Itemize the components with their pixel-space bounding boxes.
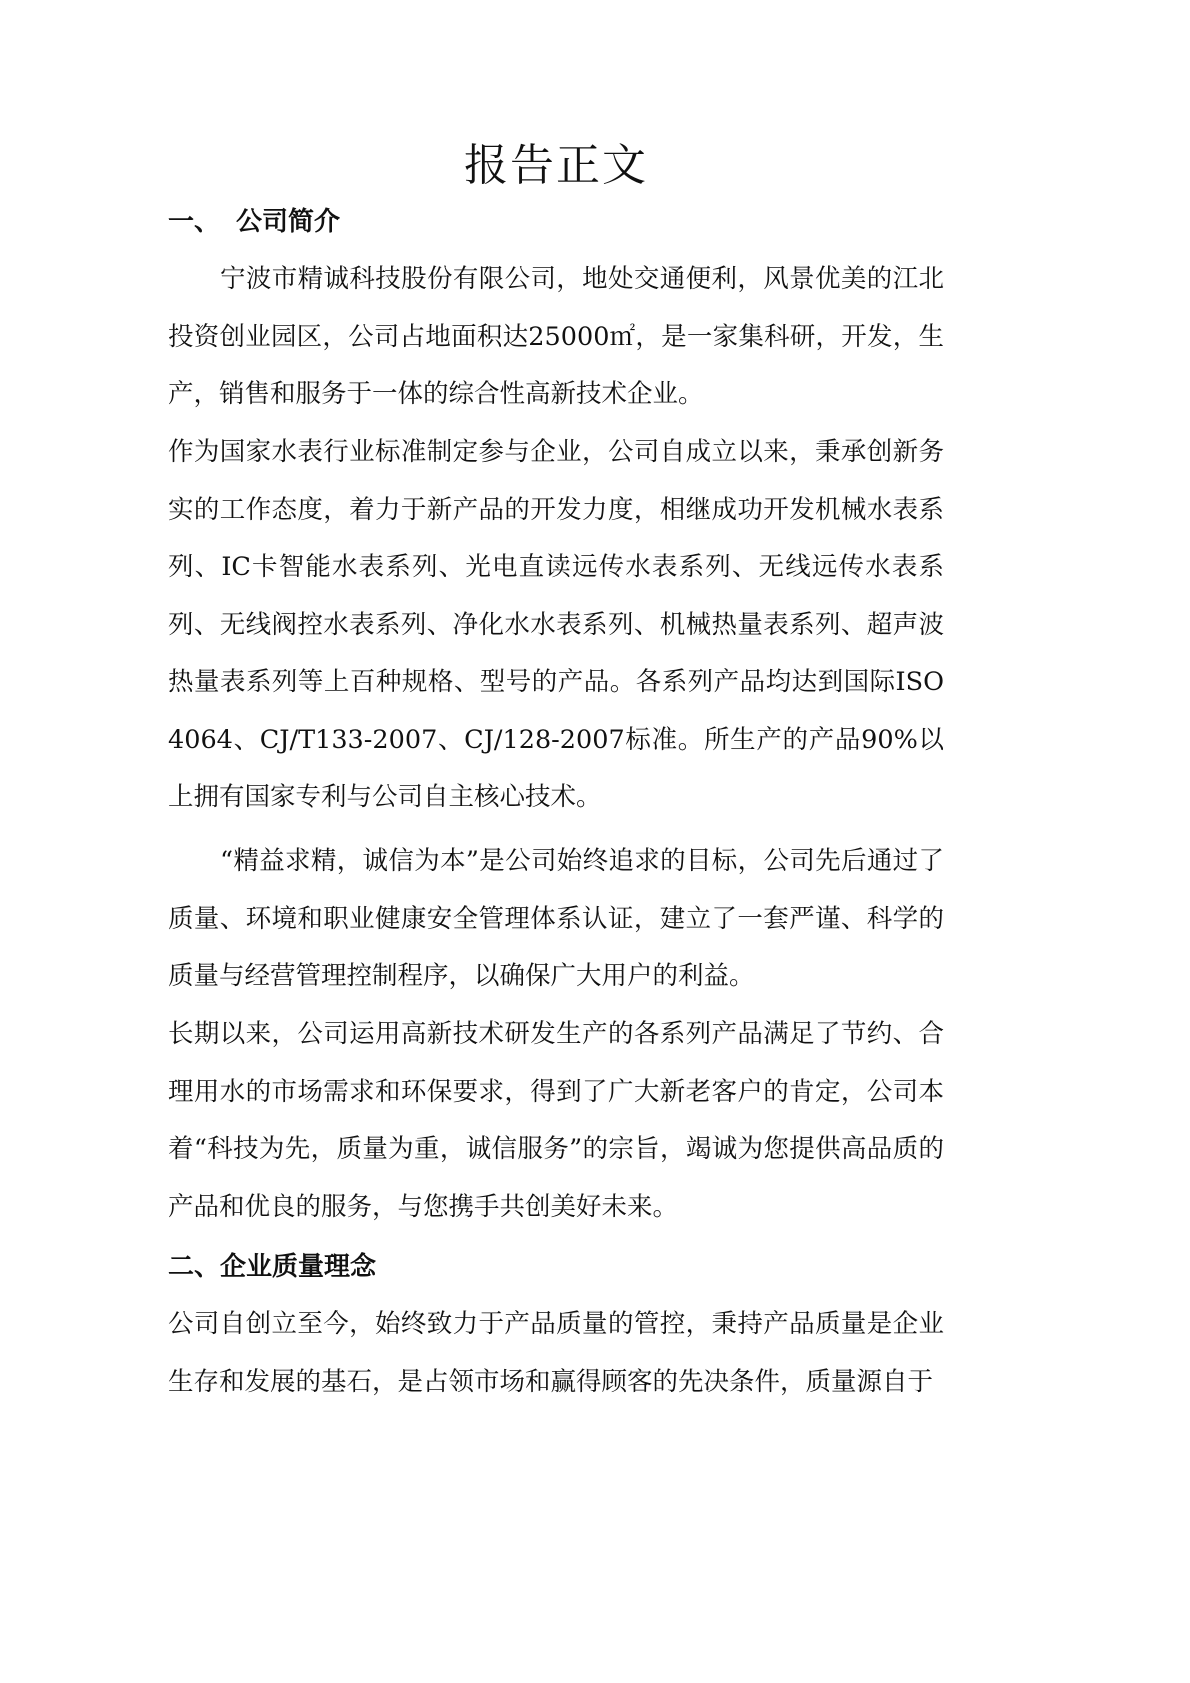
- paragraph-quality-goal: “精益求精，诚信为本”是公司始终追求的目标，公司先后通过了质量、环境和职业健康安…: [168, 833, 944, 1006]
- paragraph-company-location: 宁波市精诚科技股份有限公司，地处交通便利，风景优美的江北投资创业园区，公司占地面…: [168, 251, 944, 424]
- paragraph-product-series: 作为国家水表行业标准制定参与企业，公司自成立以来，秉承创新务实的工作态度，着力于…: [168, 424, 944, 827]
- section-number: 二、: [168, 1247, 220, 1287]
- section-heading-quality-concept: 二、企业质量理念: [168, 1247, 376, 1287]
- section-title: 企业质量理念: [220, 1252, 376, 1282]
- section-number: 一、: [168, 202, 236, 242]
- paragraph-customer-service: 长期以来，公司运用高新技术研发生产的各系列产品满足了节约、合理用水的市场需求和环…: [168, 1006, 944, 1236]
- document-title: 报告正文: [168, 138, 944, 194]
- paragraph-quality-control: 公司自创立至今，始终致力于产品质量的管控，秉持产品质量是企业生存和发展的基石，是…: [168, 1296, 944, 1411]
- section-title: 公司简介: [236, 207, 340, 237]
- section-heading-company-intro: 一、公司简介: [168, 202, 340, 242]
